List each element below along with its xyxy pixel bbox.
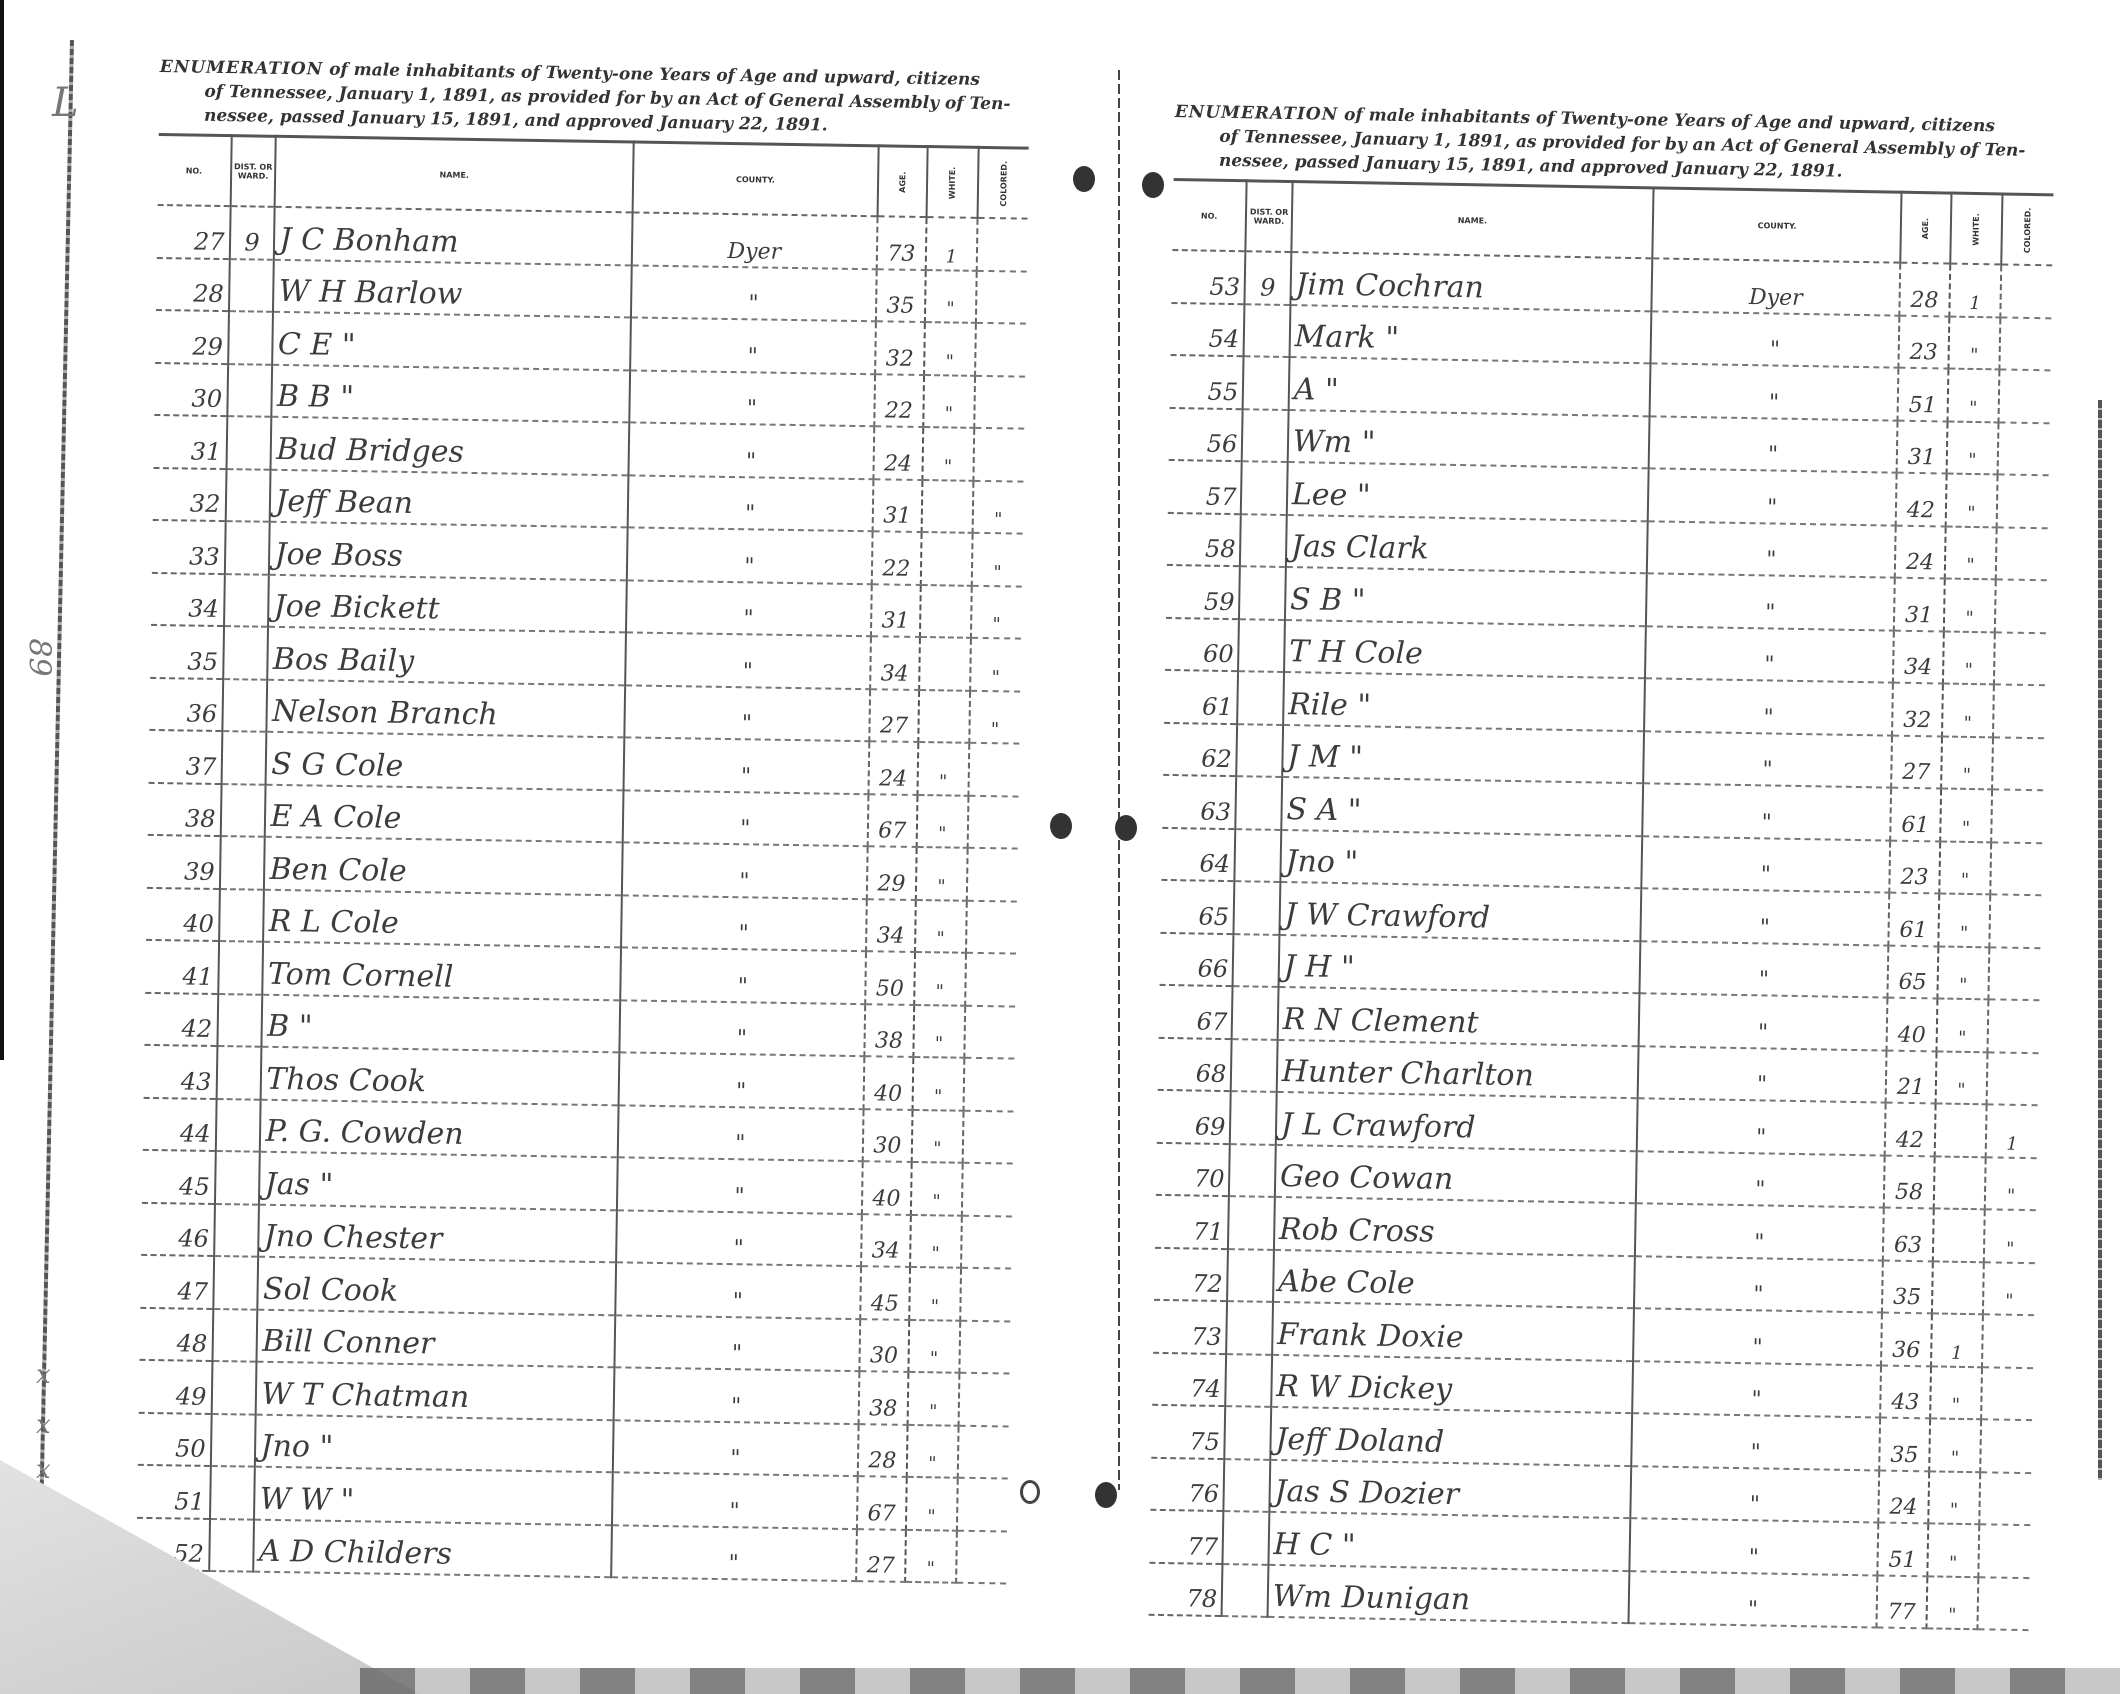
cell-colored — [1978, 1577, 2030, 1630]
cell-age: 63 — [1883, 1208, 1933, 1261]
cell-age: 38 — [864, 1004, 914, 1057]
cell-ward — [1244, 304, 1290, 357]
cell-no: 62 — [1163, 722, 1237, 776]
cell-colored — [1996, 527, 2048, 580]
cell-age: 77 — [1877, 1575, 1927, 1628]
cell-white: " — [907, 1372, 959, 1425]
cell-county: " — [627, 527, 873, 583]
cell-colored — [2001, 264, 2053, 317]
cell-ward — [223, 626, 269, 679]
cell-county: Dyer — [1652, 258, 1901, 315]
cell-name: Hunter Charlton — [1276, 1039, 1638, 1098]
cell-colored — [962, 1163, 1013, 1216]
cell-county: " — [1637, 1098, 1886, 1155]
cell-name: A " — [1288, 357, 1650, 416]
cell-age: 40 — [1887, 998, 1937, 1051]
cell-age: 34 — [861, 1214, 911, 1267]
cell-county: " — [622, 842, 868, 898]
cell-county: " — [618, 1105, 864, 1161]
cell-ward — [224, 521, 270, 574]
cell-no: 69 — [1157, 1090, 1231, 1144]
cell-ward — [1226, 1354, 1272, 1407]
cell-no: 57 — [1168, 460, 1242, 514]
cell-name: J W Crawford — [1279, 882, 1641, 941]
col-no: No. — [158, 134, 232, 206]
cell-ward — [228, 311, 274, 364]
cell-age: 61 — [1890, 788, 1940, 841]
left-page-rows: 279J C BonhamDyer73128W H Barlow"35"29C … — [136, 205, 1027, 1583]
cell-county: " — [625, 632, 871, 688]
cell-name: B B " — [272, 364, 630, 422]
cell-white: " — [1936, 998, 1989, 1051]
center-fold — [1118, 70, 1120, 1490]
cell-name: Joe Bickett — [268, 574, 626, 632]
cell-age: 27 — [869, 689, 919, 742]
cell-no: 67 — [1159, 985, 1233, 1039]
cell-age: 30 — [859, 1319, 909, 1372]
cell-ward — [1229, 1144, 1275, 1197]
cell-age: 51 — [1878, 1522, 1928, 1575]
cell-ward — [222, 679, 268, 732]
margin-mark-top: L — [52, 80, 79, 126]
cell-no: 40 — [146, 887, 219, 941]
cell-name: Jas " — [259, 1152, 617, 1210]
cell-ward — [216, 1046, 262, 1099]
cell-age: 34 — [870, 636, 920, 689]
cell-white — [1933, 1208, 1986, 1261]
cell-colored — [958, 1373, 1009, 1426]
col-white: White. — [1950, 193, 2003, 264]
cell-ward: 9 — [229, 206, 275, 259]
punch-hole — [1073, 166, 1095, 192]
cell-ward — [217, 994, 263, 1047]
cell-county: " — [615, 1262, 861, 1318]
cell-white: " — [907, 1424, 959, 1477]
cell-no: 46 — [141, 1202, 214, 1256]
cell-white: " — [922, 427, 974, 480]
cell-age: 22 — [872, 531, 922, 584]
cell-county: " — [623, 790, 869, 846]
cell-county: " — [621, 895, 867, 951]
cell-name: Mark " — [1289, 305, 1651, 364]
cell-white — [1933, 1156, 1986, 1209]
cell-no: 63 — [1162, 775, 1236, 829]
cell-colored — [963, 1058, 1014, 1111]
cell-white: 1 — [1931, 1313, 1984, 1366]
cell-name: Nelson Branch — [267, 679, 625, 737]
cell-colored: " — [972, 533, 1023, 586]
cell-age: 31 — [872, 479, 922, 532]
cell-colored — [1999, 369, 2051, 422]
cell-age: 35 — [1882, 1260, 1932, 1313]
cell-county: " — [618, 1052, 864, 1108]
cell-colored — [974, 375, 1025, 428]
cell-age: 67 — [857, 1476, 907, 1529]
cell-age: 32 — [1892, 683, 1942, 736]
cell-name: Abe Cole — [1273, 1249, 1635, 1308]
cell-ward — [1232, 986, 1278, 1039]
cell-ward — [1235, 829, 1281, 882]
cell-age: 31 — [1894, 578, 1944, 631]
cell-age: 32 — [875, 321, 925, 374]
cell-ward — [1233, 934, 1279, 987]
cell-white: " — [1947, 369, 2000, 422]
cell-county: " — [1630, 1518, 1879, 1575]
cell-colored — [956, 1530, 1007, 1583]
left-page: ENUMERATION of male inhabitants of Twent… — [136, 55, 1030, 1584]
cell-name: Tom Cornell — [263, 942, 621, 1000]
cell-white: " — [909, 1267, 961, 1320]
cell-colored — [957, 1478, 1008, 1531]
cell-ward — [1230, 1091, 1276, 1144]
cell-name: Rob Cross — [1274, 1197, 1636, 1256]
cell-colored — [1991, 842, 2043, 895]
cell-age: 27 — [1891, 735, 1941, 788]
census-table: No. Dist. or Ward. Name. County. Age. Wh… — [136, 133, 1028, 1584]
cell-colored — [968, 743, 1019, 796]
cell-county: " — [631, 265, 877, 321]
col-age: Age. — [877, 146, 927, 217]
margin-note-vertical: 89 — [22, 638, 57, 676]
cell-no: 32 — [153, 467, 226, 521]
cell-no: 65 — [1160, 880, 1234, 934]
cell-ward — [1226, 1301, 1272, 1354]
cell-name: J M " — [1282, 724, 1644, 783]
cell-ward — [210, 1413, 256, 1466]
cell-name: C E " — [273, 312, 631, 370]
cell-age: 38 — [858, 1371, 908, 1424]
cell-colored — [1993, 684, 2045, 737]
cell-no: 43 — [144, 1045, 217, 1099]
cell-no: 44 — [143, 1097, 216, 1151]
cell-age: 34 — [1893, 630, 1943, 683]
cell-white: " — [1943, 631, 1996, 684]
cell-name: W T Chatman — [256, 1362, 614, 1420]
cell-white: " — [1929, 1418, 1982, 1471]
cell-no: 78 — [1149, 1562, 1223, 1616]
cell-white: " — [912, 1057, 964, 1110]
cell-colored: " — [969, 690, 1020, 743]
cell-county: " — [624, 685, 870, 741]
cell-white: " — [913, 1004, 965, 1057]
cell-name: Jas S Dozier — [1269, 1459, 1631, 1518]
cell-colored — [1987, 1052, 2039, 1105]
cell-colored — [963, 1110, 1014, 1163]
cell-white: " — [905, 1529, 957, 1582]
cell-no: 42 — [144, 992, 217, 1046]
cell-ward — [1237, 724, 1283, 777]
cell-colored — [1998, 422, 2050, 475]
cell-white: " — [923, 375, 975, 428]
cell-name: S B " — [1285, 567, 1647, 626]
cell-white: " — [910, 1214, 962, 1267]
cell-no: 58 — [1167, 512, 1241, 566]
cell-county: " — [613, 1420, 859, 1476]
cell-ward — [210, 1466, 256, 1519]
cell-white: " — [915, 899, 967, 952]
punch-hole — [1050, 813, 1072, 839]
cell-ward — [1241, 461, 1287, 514]
cell-white: " — [917, 742, 969, 795]
cell-colored — [964, 1005, 1015, 1058]
cell-ward — [221, 731, 267, 784]
cell-age: 24 — [873, 426, 923, 479]
cell-age: 28 — [1899, 263, 1949, 316]
cell-age: 31 — [1897, 420, 1947, 473]
cell-county: " — [1642, 836, 1891, 893]
cell-age: 73 — [877, 216, 927, 269]
col-name: Name. — [1291, 182, 1654, 259]
cell-no: 54 — [1171, 302, 1245, 356]
cell-colored — [1992, 737, 2044, 790]
cell-name: P. G. Cowden — [260, 1099, 618, 1157]
cell-white — [918, 690, 970, 743]
cell-name: B " — [262, 994, 620, 1052]
cell-county: " — [630, 317, 876, 373]
cell-white: " — [1944, 579, 1997, 632]
cell-white: " — [925, 270, 977, 323]
cell-age: 45 — [860, 1266, 910, 1319]
cell-age: 42 — [1885, 1103, 1935, 1156]
cell-name: A D Childers — [254, 1519, 612, 1577]
cell-no: 39 — [147, 835, 220, 889]
cell-ward — [1228, 1196, 1274, 1249]
cell-name: T H Cole — [1284, 619, 1646, 678]
cell-age: 28 — [858, 1424, 908, 1477]
cell-no: 53 — [1171, 250, 1245, 304]
cell-age: 43 — [1880, 1365, 1930, 1418]
cell-ward — [1243, 356, 1289, 409]
cell-white: " — [914, 952, 966, 1005]
col-white: White. — [926, 147, 978, 218]
left-binding-margin — [40, 40, 74, 1490]
cell-colored: " — [973, 480, 1024, 533]
cell-ward — [212, 1308, 258, 1361]
cell-age: 31 — [871, 584, 921, 637]
cell-county: " — [1636, 1151, 1885, 1208]
cell-ward — [215, 1099, 261, 1152]
cell-name: R W Dickey — [1271, 1354, 1633, 1413]
cell-county: " — [1632, 1413, 1881, 1470]
cell-colored — [1997, 474, 2049, 527]
punch-hole — [1142, 172, 1164, 198]
cell-ward — [1225, 1406, 1271, 1459]
cell-ward — [1231, 1039, 1277, 1092]
cell-name: E A Cole — [265, 784, 623, 842]
cell-county: " — [620, 947, 866, 1003]
cell-colored — [975, 323, 1026, 376]
cell-colored — [1990, 894, 2042, 947]
cell-age: 27 — [856, 1529, 906, 1582]
cell-ward — [227, 364, 273, 417]
col-ward: Dist. or Ward. — [230, 136, 276, 207]
cell-county: " — [623, 737, 869, 793]
cell-no: 70 — [1156, 1142, 1230, 1196]
cell-white: " — [1927, 1523, 1980, 1576]
cell-colored — [2000, 317, 2052, 370]
cell-no: 74 — [1152, 1352, 1226, 1406]
cell-name: Jeff Doland — [1270, 1407, 1632, 1466]
cell-ward — [1236, 776, 1282, 829]
cell-county: " — [1635, 1203, 1884, 1260]
cell-age: 50 — [865, 951, 915, 1004]
cell-no: 30 — [154, 362, 227, 416]
cell-name: Jno " — [255, 1414, 613, 1472]
cell-name: Frank Doxie — [1272, 1302, 1634, 1361]
cell-no: 64 — [1161, 827, 1235, 881]
cell-no: 77 — [1149, 1510, 1223, 1564]
cell-white: " — [1938, 893, 1991, 946]
cell-no: 55 — [1170, 355, 1244, 409]
cell-no: 45 — [142, 1150, 215, 1204]
cell-no: 59 — [1166, 565, 1240, 619]
cell-age: 65 — [1888, 945, 1938, 998]
cell-ward — [1242, 409, 1288, 462]
cell-white — [1934, 1103, 1987, 1156]
cell-ward — [211, 1361, 257, 1414]
cell-ward — [1224, 1459, 1270, 1512]
cell-county: " — [1629, 1571, 1878, 1628]
cell-county: " — [611, 1525, 857, 1581]
cell-age: 35 — [1879, 1418, 1929, 1471]
cell-county: " — [1644, 678, 1893, 735]
cell-age: 36 — [1881, 1313, 1931, 1366]
cell-age: 34 — [866, 899, 916, 952]
cell-name: Jeff Bean — [270, 469, 628, 527]
cell-ward — [214, 1203, 260, 1256]
cell-no: 28 — [156, 257, 229, 311]
cell-white: " — [1941, 736, 1994, 789]
cell-age: 22 — [874, 374, 924, 427]
cell-age: 24 — [1895, 525, 1945, 578]
cell-ward — [224, 574, 270, 627]
cell-ward — [226, 416, 272, 469]
cell-ward — [209, 1518, 255, 1571]
cell-colored — [965, 953, 1016, 1006]
cell-name: Thos Cook — [261, 1047, 619, 1105]
cell-no: 35 — [150, 625, 223, 679]
cell-colored — [973, 428, 1024, 481]
cell-ward — [219, 836, 265, 889]
cell-name: S G Cole — [266, 732, 624, 790]
cell-colored: " — [970, 638, 1021, 691]
cell-county: " — [619, 1000, 865, 1056]
cell-name: W W " — [254, 1467, 612, 1525]
col-no: No. — [1172, 179, 1247, 251]
cell-white: " — [1939, 841, 1992, 894]
cell-name: Jno " — [1280, 829, 1642, 888]
cell-ward — [1238, 619, 1284, 672]
cell-no: 68 — [1158, 1037, 1232, 1091]
cell-ward — [1237, 671, 1283, 724]
cell-no: 61 — [1164, 670, 1238, 724]
cell-ward: 9 — [1245, 251, 1291, 304]
cell-no: 66 — [1160, 932, 1234, 986]
col-name: Name. — [275, 136, 633, 212]
cell-colored: " — [1985, 1157, 2037, 1210]
cell-ward — [1222, 1564, 1268, 1617]
cell-name: W H Barlow — [273, 259, 631, 317]
cell-name: R L Cole — [264, 889, 622, 947]
cell-white — [1932, 1261, 1985, 1314]
cell-colored — [1980, 1472, 2032, 1525]
cell-age: 40 — [863, 1056, 913, 1109]
cell-colored — [1979, 1524, 2031, 1577]
col-county: County. — [632, 142, 878, 216]
heading-lead: ENUMERATION — [1175, 102, 1339, 125]
cell-colored — [959, 1320, 1010, 1373]
cell-age: 51 — [1898, 368, 1948, 421]
cell-name: Lee " — [1287, 462, 1649, 521]
cell-colored — [1981, 1419, 2033, 1472]
cell-name: S A " — [1281, 777, 1643, 836]
cell-white — [919, 637, 971, 690]
cell-ward — [1223, 1511, 1269, 1564]
punch-hole — [1115, 815, 1137, 841]
cell-name: R N Clement — [1277, 987, 1639, 1046]
cell-name: J L Crawford — [1276, 1092, 1638, 1151]
cell-white — [920, 585, 972, 638]
cell-ward — [1227, 1249, 1273, 1302]
cell-ward — [219, 889, 265, 942]
cell-white: " — [1930, 1366, 1983, 1419]
cell-age: 40 — [862, 1161, 912, 1214]
punch-hole — [1095, 1482, 1117, 1508]
cell-colored — [1994, 632, 2046, 685]
cell-county: " — [612, 1472, 858, 1528]
cell-no: 34 — [151, 572, 224, 626]
cell-no: 51 — [137, 1465, 210, 1519]
cell-age: 42 — [1896, 473, 1946, 526]
heading-lead: ENUMERATION — [160, 57, 324, 80]
cell-no: 49 — [139, 1360, 212, 1414]
cell-county: " — [1632, 1361, 1881, 1418]
cell-county: " — [629, 370, 875, 426]
cell-county: " — [1634, 1256, 1883, 1313]
cell-colored — [966, 900, 1017, 953]
cell-county: " — [1640, 941, 1889, 998]
cell-name: Geo Cowan — [1275, 1144, 1637, 1203]
cell-no: 29 — [155, 310, 228, 364]
cell-name: H C " — [1268, 1512, 1630, 1571]
cell-name: Wm " — [1287, 410, 1649, 469]
cell-ward — [218, 941, 264, 994]
cell-white: " — [911, 1162, 963, 1215]
cell-white: " — [1940, 788, 1993, 841]
cell-age: 67 — [868, 794, 918, 847]
page-heading: ENUMERATION of male inhabitants of Twent… — [1174, 100, 2055, 187]
cell-white — [921, 532, 973, 585]
cell-age: 30 — [863, 1109, 913, 1162]
cell-name: Bud Bridges — [271, 417, 629, 475]
cell-county: " — [1645, 626, 1894, 683]
cell-white: " — [916, 847, 968, 900]
cell-no: 38 — [148, 782, 221, 836]
cell-white: " — [1948, 316, 2001, 369]
cell-no: 72 — [1154, 1247, 1228, 1301]
cell-county: " — [1638, 1046, 1887, 1103]
cell-colored — [976, 270, 1027, 323]
cell-white: " — [1942, 683, 1995, 736]
col-colored: Colored. — [977, 147, 1028, 218]
cell-colored — [960, 1268, 1011, 1321]
cell-name: J H " — [1278, 934, 1640, 993]
margin-mark-x3: x — [36, 1455, 51, 1485]
cell-no: 37 — [149, 730, 222, 784]
cell-name: Sol Cook — [258, 1257, 616, 1315]
cell-colored — [1989, 947, 2041, 1000]
cell-white: " — [1937, 946, 1990, 999]
